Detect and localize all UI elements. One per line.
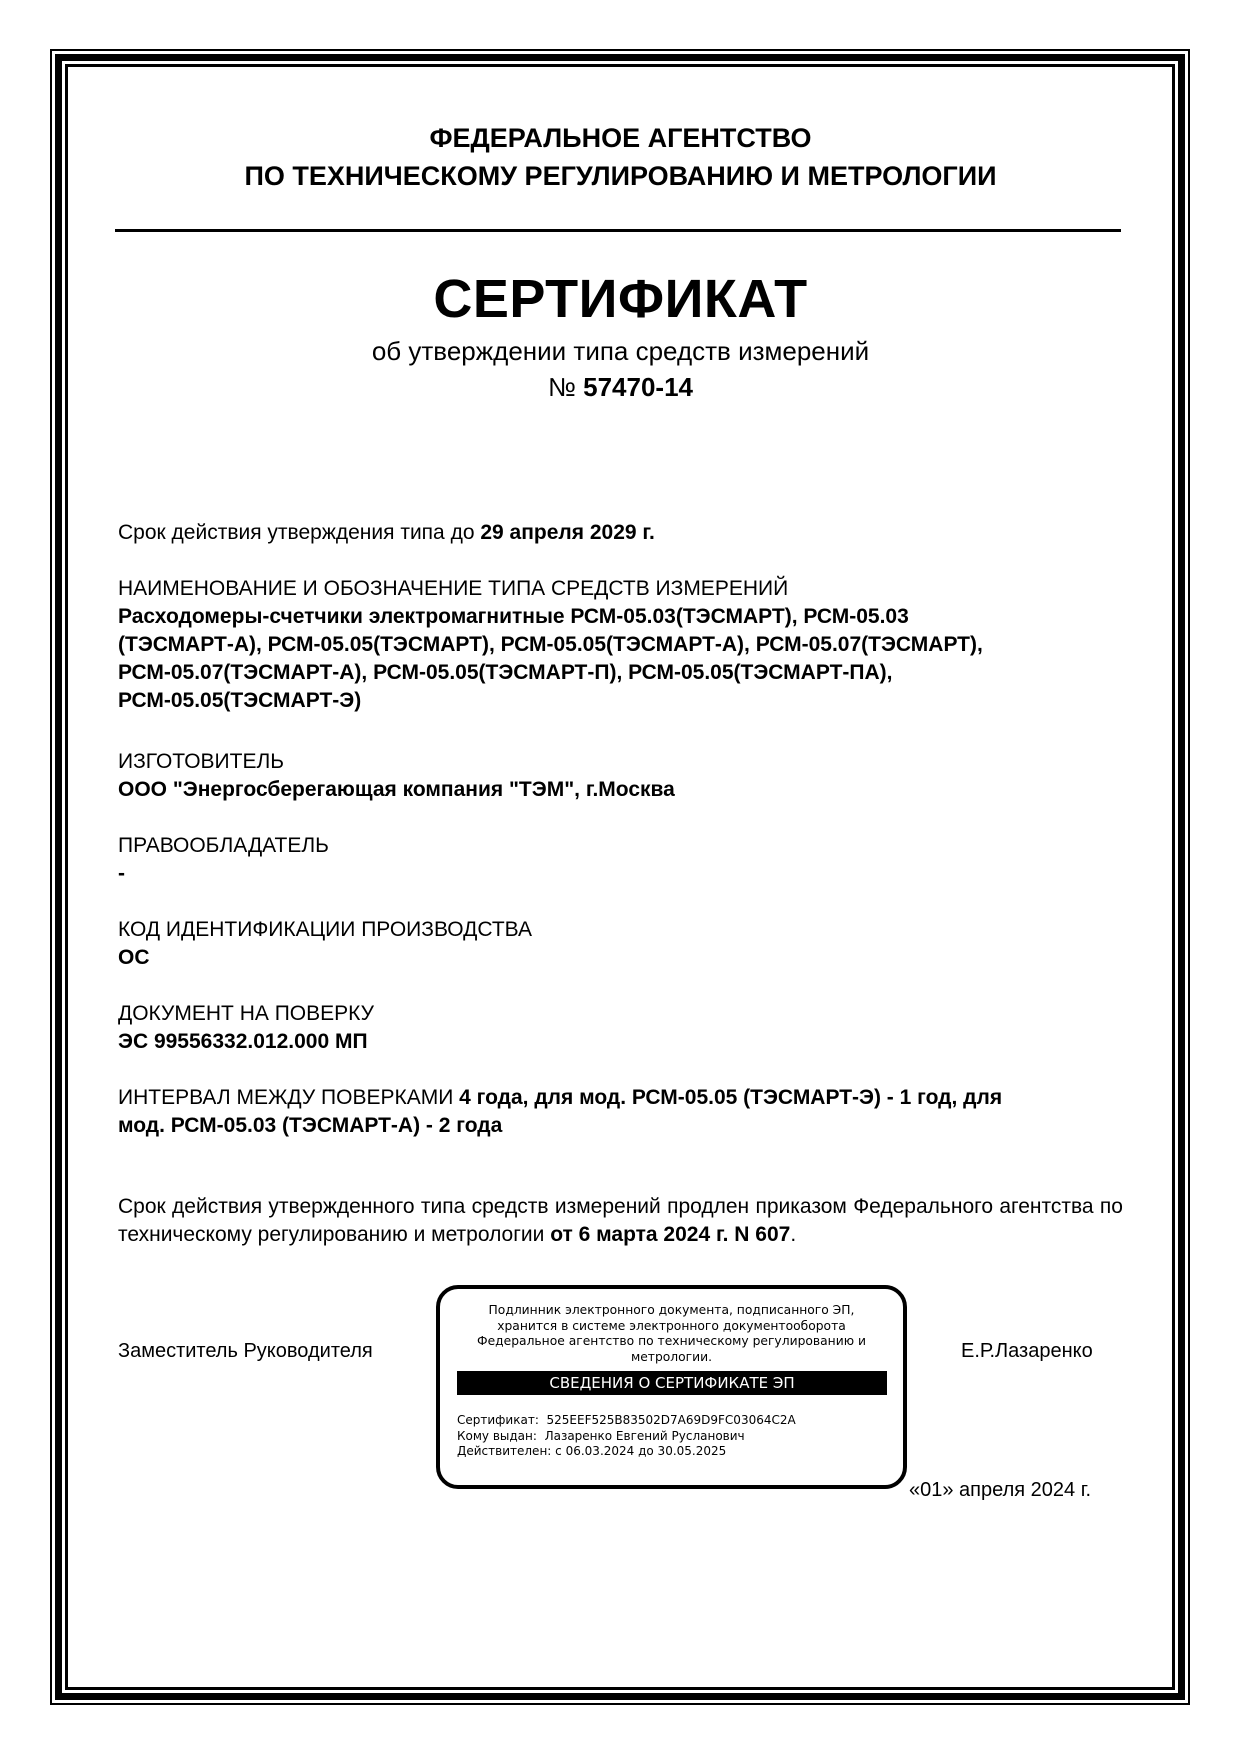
section-label: НАИМЕНОВАНИЕ И ОБОЗНАЧЕНИЕ ТИПА СРЕДСТВ … [118, 575, 1123, 603]
section-production-code: КОД ИДЕНТИФИКАЦИИ ПРОИЗВОДСТВА ОС [118, 916, 1123, 972]
section-rights-holder: ПРАВООБЛАДАТЕЛЬ - [118, 832, 1123, 888]
certificate-title: СЕРТИФИКАТ [0, 268, 1241, 330]
number-value: 57470-14 [583, 372, 693, 402]
section-extension-order: Срок действия утвержденного типа средств… [118, 1193, 1123, 1249]
number-prefix: № [548, 372, 576, 402]
interval-value-cont: мод. РСМ-05.03 (ТЭСМАРТ-А) - 2 года [118, 1112, 1123, 1140]
agency-line-1: ФЕДЕРАЛЬНОЕ АГЕНТСТВО [0, 119, 1241, 157]
section-verification-document: ДОКУМЕНТ НА ПОВЕРКУ ЭС 99556332.012.000 … [118, 1000, 1123, 1056]
signer-name: Е.Р.Лазаренко [961, 1340, 1093, 1363]
header-divider [115, 229, 1121, 232]
instrument-name-line: РСМ-05.07(ТЭСМАРТ-А), РСМ-05.05(ТЭСМАРТ-… [118, 659, 1123, 687]
stamp-cert-info: Сертификат: 525EEF525B83502D7A69D9FC0306… [457, 1413, 796, 1460]
extension-end: . [790, 1223, 796, 1246]
certificate-number: № 57470-14 [0, 372, 1241, 403]
stamp-notice-line: хранится в системе электронного документ… [440, 1319, 903, 1335]
stamp-notice-line: метрологии. [440, 1350, 903, 1366]
rights-holder-value: - [118, 860, 1123, 888]
stamp-notice-line: Федеральное агентство по техническому ре… [440, 1334, 903, 1350]
section-label: ПРАВООБЛАДАТЕЛЬ [118, 832, 1123, 860]
extension-order: от 6 марта 2024 г. N 607 [550, 1223, 790, 1246]
issued-to-value: Лазаренко Евгений Русланович [545, 1429, 745, 1443]
validity-label: Срок действия утверждения типа до [118, 521, 475, 544]
production-code-value: ОС [118, 944, 1123, 972]
manufacturer-value: ООО "Энергосберегающая компания "ТЭМ", г… [118, 776, 1123, 804]
section-verification-interval: ИНТЕРВАЛ МЕЖДУ ПОВЕРКАМИ 4 года, для мод… [118, 1084, 1123, 1140]
signer-position: Заместитель Руководителя [118, 1340, 373, 1363]
section-instrument-name: НАИМЕНОВАНИЕ И ОБОЗНАЧЕНИЕ ТИПА СРЕДСТВ … [118, 575, 1123, 715]
issue-date: «01» апреля 2024 г. [909, 1479, 1091, 1502]
verification-document-value: ЭС 99556332.012.000 МП [118, 1028, 1123, 1056]
stamp-header-bar: СВЕДЕНИЯ О СЕРТИФИКАТЕ ЭП [457, 1371, 887, 1395]
section-label: ДОКУМЕНТ НА ПОВЕРКУ [118, 1000, 1123, 1028]
section-label: ИНТЕРВАЛ МЕЖДУ ПОВЕРКАМИ [118, 1086, 453, 1109]
valid-value: с 06.03.2024 до 30.05.2025 [555, 1444, 726, 1458]
issued-to-label: Кому выдан: [457, 1429, 537, 1443]
stamp-notice: Подлинник электронного документа, подпис… [440, 1303, 903, 1365]
validity-date: 29 апреля 2029 г. [480, 521, 655, 544]
cert-label: Сертификат: [457, 1413, 539, 1427]
section-label: КОД ИДЕНТИФИКАЦИИ ПРОИЗВОДСТВА [118, 916, 1123, 944]
certificate-subtitle: об утверждении типа средств измерений [0, 336, 1241, 367]
instrument-name-line: Расходомеры-счетчики электромагнитные РС… [118, 603, 1123, 631]
section-manufacturer: ИЗГОТОВИТЕЛЬ ООО "Энергосберегающая комп… [118, 748, 1123, 804]
instrument-name-line: РСМ-05.05(ТЭСМАРТ-Э) [118, 687, 1123, 715]
agency-header: ФЕДЕРАЛЬНОЕ АГЕНТСТВО ПО ТЕХНИЧЕСКОМУ РЕ… [0, 119, 1241, 195]
section-label: ИЗГОТОВИТЕЛЬ [118, 748, 1123, 776]
valid-label: Действителен: [457, 1444, 551, 1458]
stamp-notice-line: Подлинник электронного документа, подпис… [440, 1303, 903, 1319]
validity-line: Срок действия утверждения типа до 29 апр… [118, 519, 1123, 547]
interval-value: 4 года, для мод. РСМ-05.05 (ТЭСМАРТ-Э) -… [459, 1086, 1002, 1109]
e-signature-stamp: Подлинник электронного документа, подпис… [436, 1285, 907, 1489]
instrument-name-line: (ТЭСМАРТ-А), РСМ-05.05(ТЭСМАРТ), РСМ-05.… [118, 631, 1123, 659]
agency-line-2: ПО ТЕХНИЧЕСКОМУ РЕГУЛИРОВАНИЮ И МЕТРОЛОГ… [0, 157, 1241, 195]
cert-value: 525EEF525B83502D7A69D9FC03064C2A [547, 1413, 796, 1427]
